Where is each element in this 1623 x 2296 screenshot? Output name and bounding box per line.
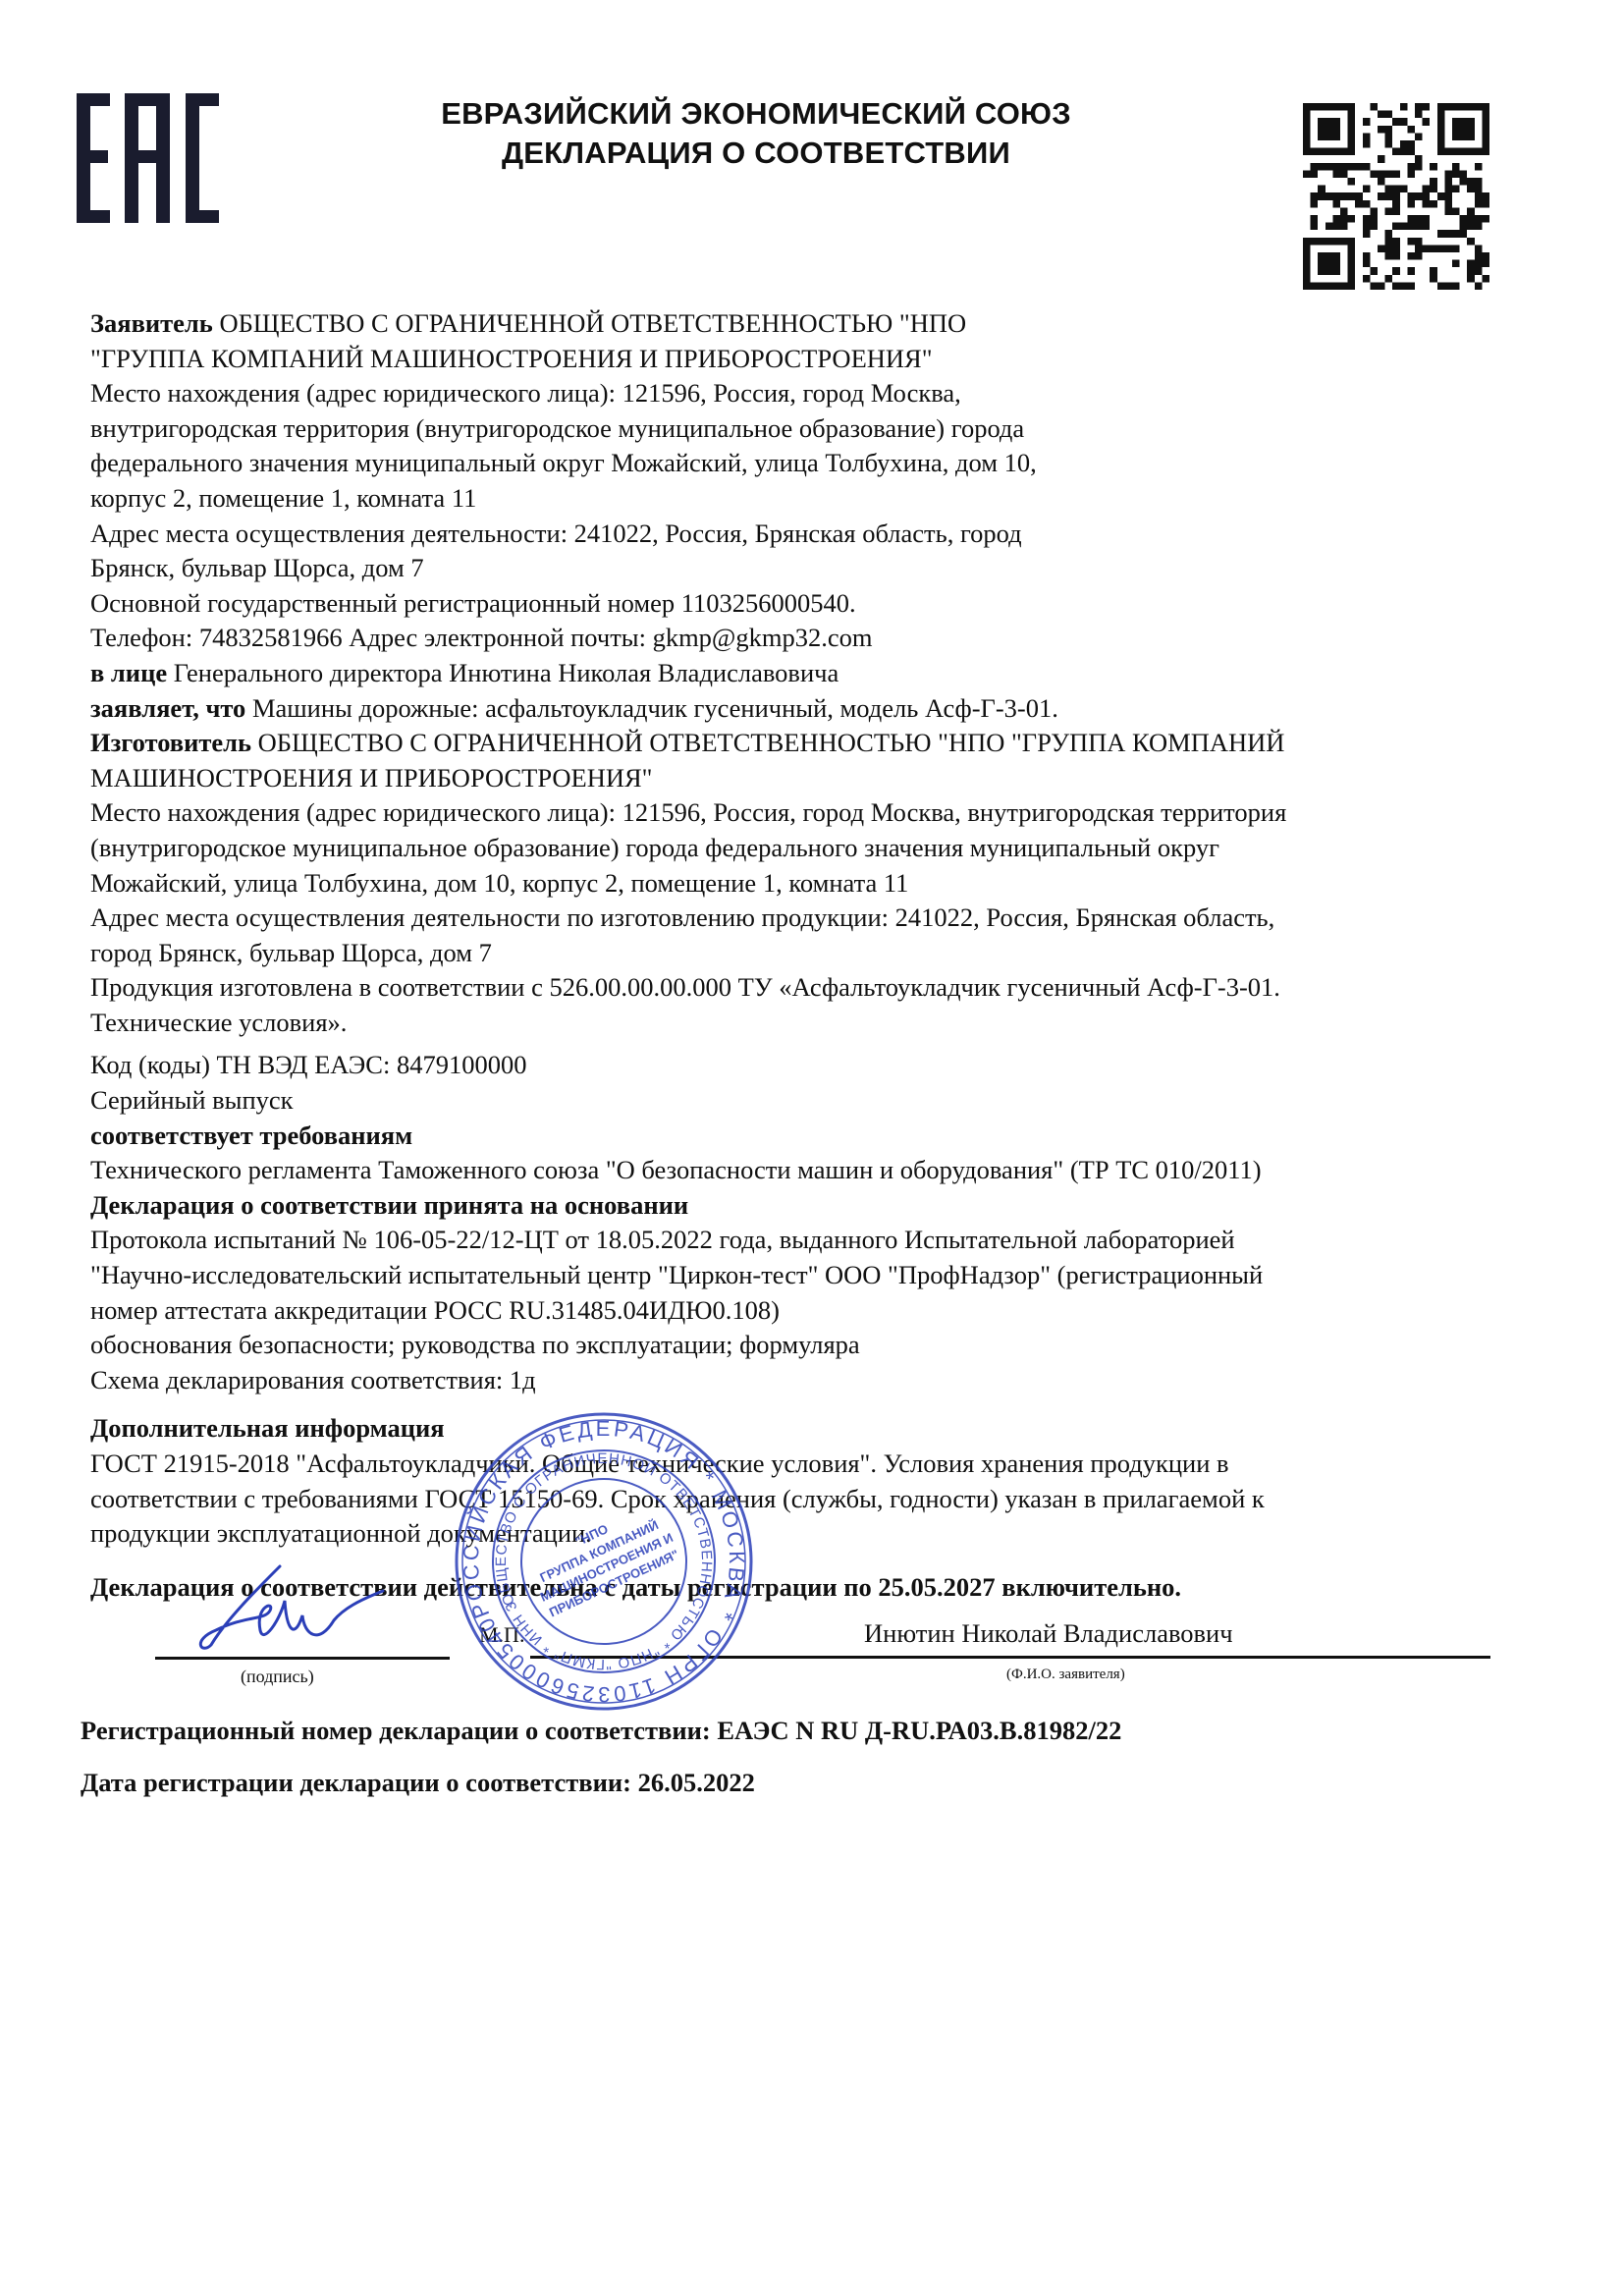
signer-name: Инютин Николай Владиславович <box>864 1618 1233 1649</box>
applicant-address-line: корпус 2, помещение 1, комната 11 <box>90 481 1504 517</box>
basis-line: Протокола испытаний № 106-05-22/12-ЦТ от… <box>90 1223 1504 1258</box>
qr-code-icon[interactable] <box>1303 103 1489 290</box>
additional-heading: Дополнительная информация <box>90 1411 1504 1447</box>
manufacturer-label: Изготовитель <box>90 728 251 757</box>
manufacturer-address-line: (внутригородское муниципальное образован… <box>90 831 1504 866</box>
applicant-contacts: Телефон: 74832581966 Адрес электронной п… <box>90 621 1504 656</box>
manufacturer-name: ОБЩЕСТВО С ОГРАНИЧЕННОЙ ОТВЕТСТВЕННОСТЬЮ… <box>251 728 1284 757</box>
additional-line: соответствии с требованиями ГОСТ 15150-6… <box>90 1482 1504 1517</box>
basis-line: номер аттестата аккредитации РОСС RU.314… <box>90 1293 1504 1329</box>
declaration-body: Заявитель ОБЩЕСТВО С ОГРАНИЧЕННОЙ ОТВЕТС… <box>90 306 1504 1552</box>
production-standard: Технические условия». <box>90 1006 1504 1041</box>
registration-number: Регистрационный номер декларации о соотв… <box>81 1716 1121 1746</box>
declares-label: заявляет, что <box>90 693 245 723</box>
declaration-scheme: Схема декларирования соответствия: 1д <box>90 1363 1504 1398</box>
document-header: ЕВРАЗИЙСКИЙ ЭКОНОМИЧЕСКИЙ СОЮЗ ДЕКЛАРАЦИ… <box>353 94 1159 173</box>
release-type: Серийный выпуск <box>90 1083 1504 1119</box>
additional-line: продукции эксплуатационной документации. <box>90 1516 1504 1552</box>
signature-caption: (подпись) <box>241 1667 314 1687</box>
applicant-line: Заявитель ОБЩЕСТВО С ОГРАНИЧЕННОЙ ОТВЕТС… <box>90 306 1504 342</box>
declaration-title: ДЕКЛАРАЦИЯ О СООТВЕТСТВИИ <box>353 134 1159 173</box>
represented-label: в лице <box>90 658 167 687</box>
applicant-address-line: федерального значения муниципальный окру… <box>90 446 1504 481</box>
product-description: Машины дорожные: асфальтоукладчик гусени… <box>245 693 1058 723</box>
eac-logo-icon <box>77 93 226 223</box>
basis-heading: Декларация о соответствии принята на осн… <box>90 1188 1504 1224</box>
applicant-name-cont: "ГРУППА КОМПАНИЙ МАШИНОСТРОЕНИЯ И ПРИБОР… <box>90 342 1504 377</box>
basis-line: обоснования безопасности; руководства по… <box>90 1328 1504 1363</box>
applicant-activity-address: Адрес места осуществления деятельности: … <box>90 517 1504 552</box>
manufacturer-address-line: Можайский, улица Толбухина, дом 10, корп… <box>90 866 1504 902</box>
represented-line: в лице Генерального директора Инютина Ни… <box>90 656 1504 691</box>
compliance-heading: соответствует требованиям <box>90 1119 1504 1154</box>
production-standard: Продукция изготовлена в соответствии с 5… <box>90 970 1504 1006</box>
applicant-label: Заявитель <box>90 308 213 338</box>
applicant-ogrn: Основной государственный регистрационный… <box>90 586 1504 622</box>
manufacturer-name-cont: МАШИНОСТРОЕНИЯ И ПРИБОРОСТРОЕНИЯ" <box>90 761 1504 796</box>
declares-line: заявляет, что Машины дорожные: асфальтоу… <box>90 691 1504 727</box>
registration-date: Дата регистрации декларации о соответств… <box>81 1768 755 1798</box>
production-address: Адрес места осуществления деятельности п… <box>90 901 1504 936</box>
company-stamp-icon: РОССИЙСКАЯ ФЕДЕРАЦИЯ * МОСКВА * ОГРН 110… <box>447 1404 761 1719</box>
name-caption: (Ф.И.О. заявителя) <box>1006 1667 1125 1683</box>
basis-line: "Научно-исследовательский испытательный … <box>90 1258 1504 1293</box>
applicant-activity-address: Брянск, бульвар Щорса, дом 7 <box>90 551 1504 586</box>
signature-icon <box>187 1561 403 1660</box>
applicant-address-line: внутригородская территория (внутригородс… <box>90 411 1504 447</box>
signature-line <box>155 1657 450 1660</box>
production-address: город Брянск, бульвар Щорса, дом 7 <box>90 936 1504 971</box>
manufacturer-address-line: Место нахождения (адрес юридического лиц… <box>90 795 1504 831</box>
additional-line: ГОСТ 21915-2018 "Асфальтоукладчики. Общи… <box>90 1447 1504 1482</box>
union-title: ЕВРАЗИЙСКИЙ ЭКОНОМИЧЕСКИЙ СОЮЗ <box>353 94 1159 134</box>
applicant-address-line: Место нахождения (адрес юридического лиц… <box>90 376 1504 411</box>
technical-regulation: Технического регламента Таможенного союз… <box>90 1153 1504 1188</box>
manufacturer-line: Изготовитель ОБЩЕСТВО С ОГРАНИЧЕННОЙ ОТВ… <box>90 726 1504 761</box>
applicant-name: ОБЩЕСТВО С ОГРАНИЧЕННОЙ ОТВЕТСТВЕННОСТЬЮ… <box>213 308 966 338</box>
represented-by: Генерального директора Инютина Николая В… <box>167 658 839 687</box>
tn-ved-code: Код (коды) ТН ВЭД ЕАЭС: 8479100000 <box>90 1048 1504 1083</box>
